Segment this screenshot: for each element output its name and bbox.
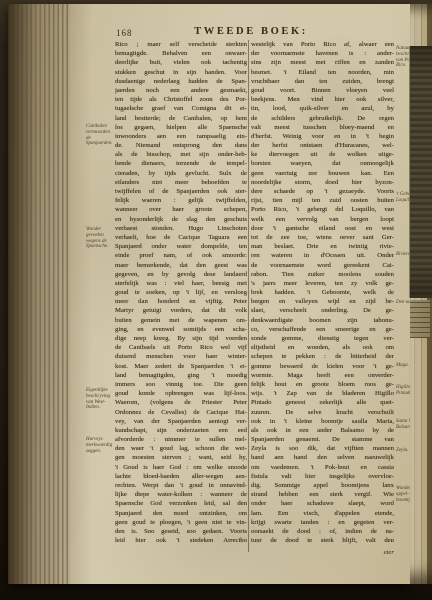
text-line: sonde gomme, dienstig tegen ver- <box>251 334 394 343</box>
text-line: den is. Soo geseid, soo gedaen. Voorts <box>115 527 247 536</box>
catchword: eter <box>251 549 394 556</box>
text-line: der herfst ontstaen d'Huracanes, wel- <box>251 141 394 150</box>
text-line: strand hebben een sterk vergif. Wie <box>251 490 394 499</box>
text-line: Spanjaerd onder water dompelde, ten <box>115 242 247 251</box>
binding-gutter <box>8 4 94 584</box>
text-line: als ook in een ander Balsamo by de <box>251 426 394 435</box>
margin-note: Canibalen vermoorden de Spanjaerden. <box>86 124 114 147</box>
text-line: verbaest stonden. Hugo Linschoten <box>115 224 247 233</box>
text-line: wanneer over haer groote schepen, <box>115 205 247 214</box>
text-line: cieraden, by tijds gevlucht. Sulx de <box>115 169 247 178</box>
text-line: bemagtigde. Behalven een onwaer- <box>115 49 247 58</box>
text-line: maer bemerkende, dat den geest was <box>115 261 247 270</box>
page-header: 168 TWEEDE BOEK: <box>108 26 408 40</box>
text-line: duisend menschen voor haer winter- <box>115 352 247 361</box>
text-line: goud te soeken, op 't lijf, en versloeg <box>115 288 247 297</box>
text-line: ging, en evenwel somtijds een scha- <box>115 325 247 334</box>
text-line: westelijk van Porto Rico af, alwaer een <box>251 40 394 49</box>
text-line: sterfelijk was : viel haer, beesig met <box>115 279 247 288</box>
text-line: en bysonderlijk de slag den geschuts <box>115 215 247 224</box>
text-line: co, verschaffende een smeerige en ge- <box>251 325 394 334</box>
text-line: oorsaekt de dood : of, indien de na- <box>251 527 394 536</box>
text-line: om vaedemen. 't Pok-hout en cassia <box>251 463 394 472</box>
text-line: goud voort. Binnen vloeyen veel <box>251 86 394 95</box>
text-line: besmet. 't Eiland ten noorden, min <box>251 68 394 77</box>
text-line: leid hier ook 't stedeken Arrecibo <box>115 536 247 545</box>
text-line: onder haer schaduwe slaept, word <box>251 499 394 508</box>
text-line: de Canibaels uit Porto Rico wel vijf <box>115 343 247 352</box>
text-line: welk een vervolg van bergen loopt <box>251 215 394 224</box>
book-page: 168 TWEEDE BOEK: Canibalen vermoorden de… <box>8 4 410 584</box>
text-line: twijffelen of de Spanjaerden ook ster- <box>115 187 247 196</box>
text-line: verhaelt, hoe de Cacique Taguara een <box>115 233 247 242</box>
text-line: goud konde opbrengen was lijf-loos. <box>115 389 247 398</box>
text-line: ten tijde als Christoffel zoon des Por- <box>115 95 247 104</box>
text-line: krijgt swarte tanden : en gegeten ver- <box>251 518 394 527</box>
text-line: geen goud te ploegen, 't geen niet te vi… <box>115 518 247 527</box>
column-divider-rule <box>248 40 249 552</box>
text-line: tugaelsche graef van Comigna dit ei- <box>115 104 247 113</box>
text-line: rabon. Tien zuiker moolens souden <box>251 270 394 279</box>
text-line: slaet, verscheelt onderling. De ge- <box>251 306 394 315</box>
text-line: brek hadden. 't Geboomte, welk de <box>251 288 394 297</box>
text-line: gen moesten sterven ; want, seid hy, <box>115 453 247 462</box>
text-line: tot de zee toe, wiens oever sant Ger- <box>251 233 394 242</box>
text-line: bende dienaers, torzende de tempel- <box>115 159 247 168</box>
text-line: gegeven, en by gevolg dese landaerd <box>115 270 247 279</box>
text-line: als de bisschop, met sijn onder-heb- <box>115 150 247 159</box>
text-line: valt meest tusschen bloey-maend en <box>251 123 394 132</box>
text-line: wormte. Maga heeft een onverder- <box>251 371 394 380</box>
text-line: Ordonnez de Cevalles) de Cacique Hat- <box>115 408 247 417</box>
text-line: den waer 't goud lag, schoon die wei- <box>115 444 247 453</box>
text-line: dere schaede op 't gezaeyde. Voorts <box>251 187 394 196</box>
text-line: tin, lood, quik-silver en azul, by <box>251 104 394 113</box>
text-line: ke diervoegen uit de wolken uitge- <box>251 150 394 159</box>
text-line: felijk hout en groote bloem roos ge- <box>251 380 394 389</box>
text-line: hand aen hand den selven naeuwelijk <box>251 453 394 462</box>
text-line: rijst, tien mijl ten zuid oosten buiten <box>251 196 394 205</box>
left-text-column: Rico ; maer self verscheide sterktenbema… <box>115 40 247 545</box>
text-line: ook in 't kleine boomtje saulla Maria, <box>251 417 394 426</box>
text-line: zuuren. De selve kracht verschuilt <box>251 408 394 417</box>
text-line: dusdaenige nederlaeg hadden de Span- <box>115 77 247 86</box>
text-line: einde proef nam, of ook smoorde: <box>115 251 247 260</box>
text-line: kost. Maer zedert de Spanjaerden 't ei- <box>115 362 247 371</box>
text-line: stukken geschut in sijn handen. Voor <box>115 68 247 77</box>
text-line: vey, van der Spanjaerden aentogt ver- <box>115 417 247 426</box>
text-line: borsten waeyen, dat onmoogelijk <box>251 159 394 168</box>
text-line: Martyr getuigt vorders, dat dit volk <box>115 306 247 315</box>
text-line: denkwaerdigste boomen zijn tabonu- <box>251 316 394 325</box>
margin-note: Wonder gevoelen wegens de Spaensche. <box>86 227 114 250</box>
text-line: schepen te pekken : de bitterheid der <box>251 352 394 361</box>
text-line: inwoonders aen een rampsaelig ein- <box>115 132 247 141</box>
left-margin-notes: Canibalen vermoorden de Spanjaerden.Wond… <box>86 40 114 574</box>
text-line: Spanjaerden genaemt. De stamme van <box>251 435 394 444</box>
text-line: rechten. Werpt dan 't goud in onnavind- <box>115 481 247 490</box>
text-line: los gegaen, hielpen alle Spaensche <box>115 123 247 132</box>
text-line: Spaensche God verzonken leid, sal den <box>115 499 247 508</box>
book-photo: 168 TWEEDE BOEK: Canibalen vermoorden de… <box>0 0 432 600</box>
text-line: wijs. 't Zap van de bladeren Higillo <box>251 389 394 398</box>
text-line: Porto Rico, 't gebergt del Loquillo, van <box>251 205 394 214</box>
text-line: de schilders gebruikelijk. De regen <box>251 114 394 123</box>
text-line: door 't gantsche eiland oost en west <box>251 224 394 233</box>
text-line: man beslaet. Drie en twintig rivie- <box>251 242 394 251</box>
text-line: tuur de dood te sterk blijft, valt den <box>251 536 394 545</box>
text-line: geen vaertuig zee bouwen kan. Een <box>251 169 394 178</box>
text-line: lachte bloed-baeden aller-wegen aen- <box>115 472 247 481</box>
text-line: de. Niemand ontsprong den dans <box>115 141 247 150</box>
text-line: meer dan honderd en vijftig. Peter <box>115 297 247 306</box>
text-line: afvorderde : nimmer te sullen mel- <box>115 435 247 444</box>
text-line: 's jaers meer leveren, ten zy volk ge- <box>251 279 394 288</box>
text-line: bergen en valleyen wijd en zijd be- <box>251 297 394 306</box>
text-line: de voornaemste word gereekent Cai- <box>251 261 394 270</box>
text-line: lijke diepe water-kolken : wanneer de <box>115 490 247 499</box>
running-header: TWEEDE BOEK: <box>108 26 394 37</box>
margin-note: Eigentlijke beschryving van West-Indien. <box>86 388 114 411</box>
text-line: vruchtbaer dan ten zuiden, brengt <box>251 77 394 86</box>
text-line: beekjens. Men vind hier ook silver, <box>251 95 394 104</box>
text-line: slijstheid en wonden, als ook om <box>251 343 394 352</box>
text-line: Pintado geneest zekerlijk alle quet- <box>251 398 394 407</box>
text-line: dig. Sommige appel boomtjens lanx <box>251 481 394 490</box>
text-line: buiten gemein met de wapenen om- <box>115 316 247 325</box>
text-line: der voornaemste havenen is : ander- <box>251 49 394 58</box>
margin-note: Harveys merkwaerdig seggen. <box>86 437 114 454</box>
text-line: Rico ; maer self verscheide sterkten <box>115 40 247 49</box>
text-line: Spanjaerd den moed ontzinken, om <box>115 509 247 518</box>
text-line: jaerden noch een andere gesmaekt, <box>115 86 247 95</box>
text-line: deerlijke buit, vielen ook tachentig <box>115 58 247 67</box>
text-line: felijk waeren : gelijk twijffelden, <box>115 196 247 205</box>
text-line: immers soo vinnig toe. Die geen <box>115 380 247 389</box>
facing-page-text-marks <box>410 300 430 338</box>
text-line: dige neep kreeg. By sijn tijd voerden <box>115 334 247 343</box>
text-line: lam. Een visch, d'appelen etende, <box>251 509 394 518</box>
text-line: Zeyla is soo dik, dat vijftien mannen <box>251 444 394 453</box>
text-line: ren wateren in d'Oceaen uit. Onder <box>251 251 394 260</box>
text-line: noordelijke storm, doed hier byzon- <box>251 178 394 187</box>
text-line: land bestierde; de Canibalen, op hem <box>115 114 247 123</box>
text-line: land bemagtigden, ging 't moedig <box>115 371 247 380</box>
text-line: kundschapt, sijn onderzaeten een eed <box>115 426 247 435</box>
text-line: fistula valt hier insgelijks overvloe- <box>251 472 394 481</box>
text-line: sins zijn meest met riffen en zanden <box>251 58 394 67</box>
text-line: Waerom, (volgens de Priester Peter <box>115 398 247 407</box>
text-line: d'herfst. Weinig voor en in 't begin <box>251 132 394 141</box>
text-line: eilanders niet meer behoefden te <box>115 178 247 187</box>
text-line: gomme bewaerd de kielen voor 't ge- <box>251 362 394 371</box>
facing-page-engraving <box>409 46 432 298</box>
text-line: 't Goud is haer God : om welke snoode <box>115 463 247 472</box>
right-text-column: westelijk van Porto Rico af, alwaer eend… <box>251 40 394 545</box>
